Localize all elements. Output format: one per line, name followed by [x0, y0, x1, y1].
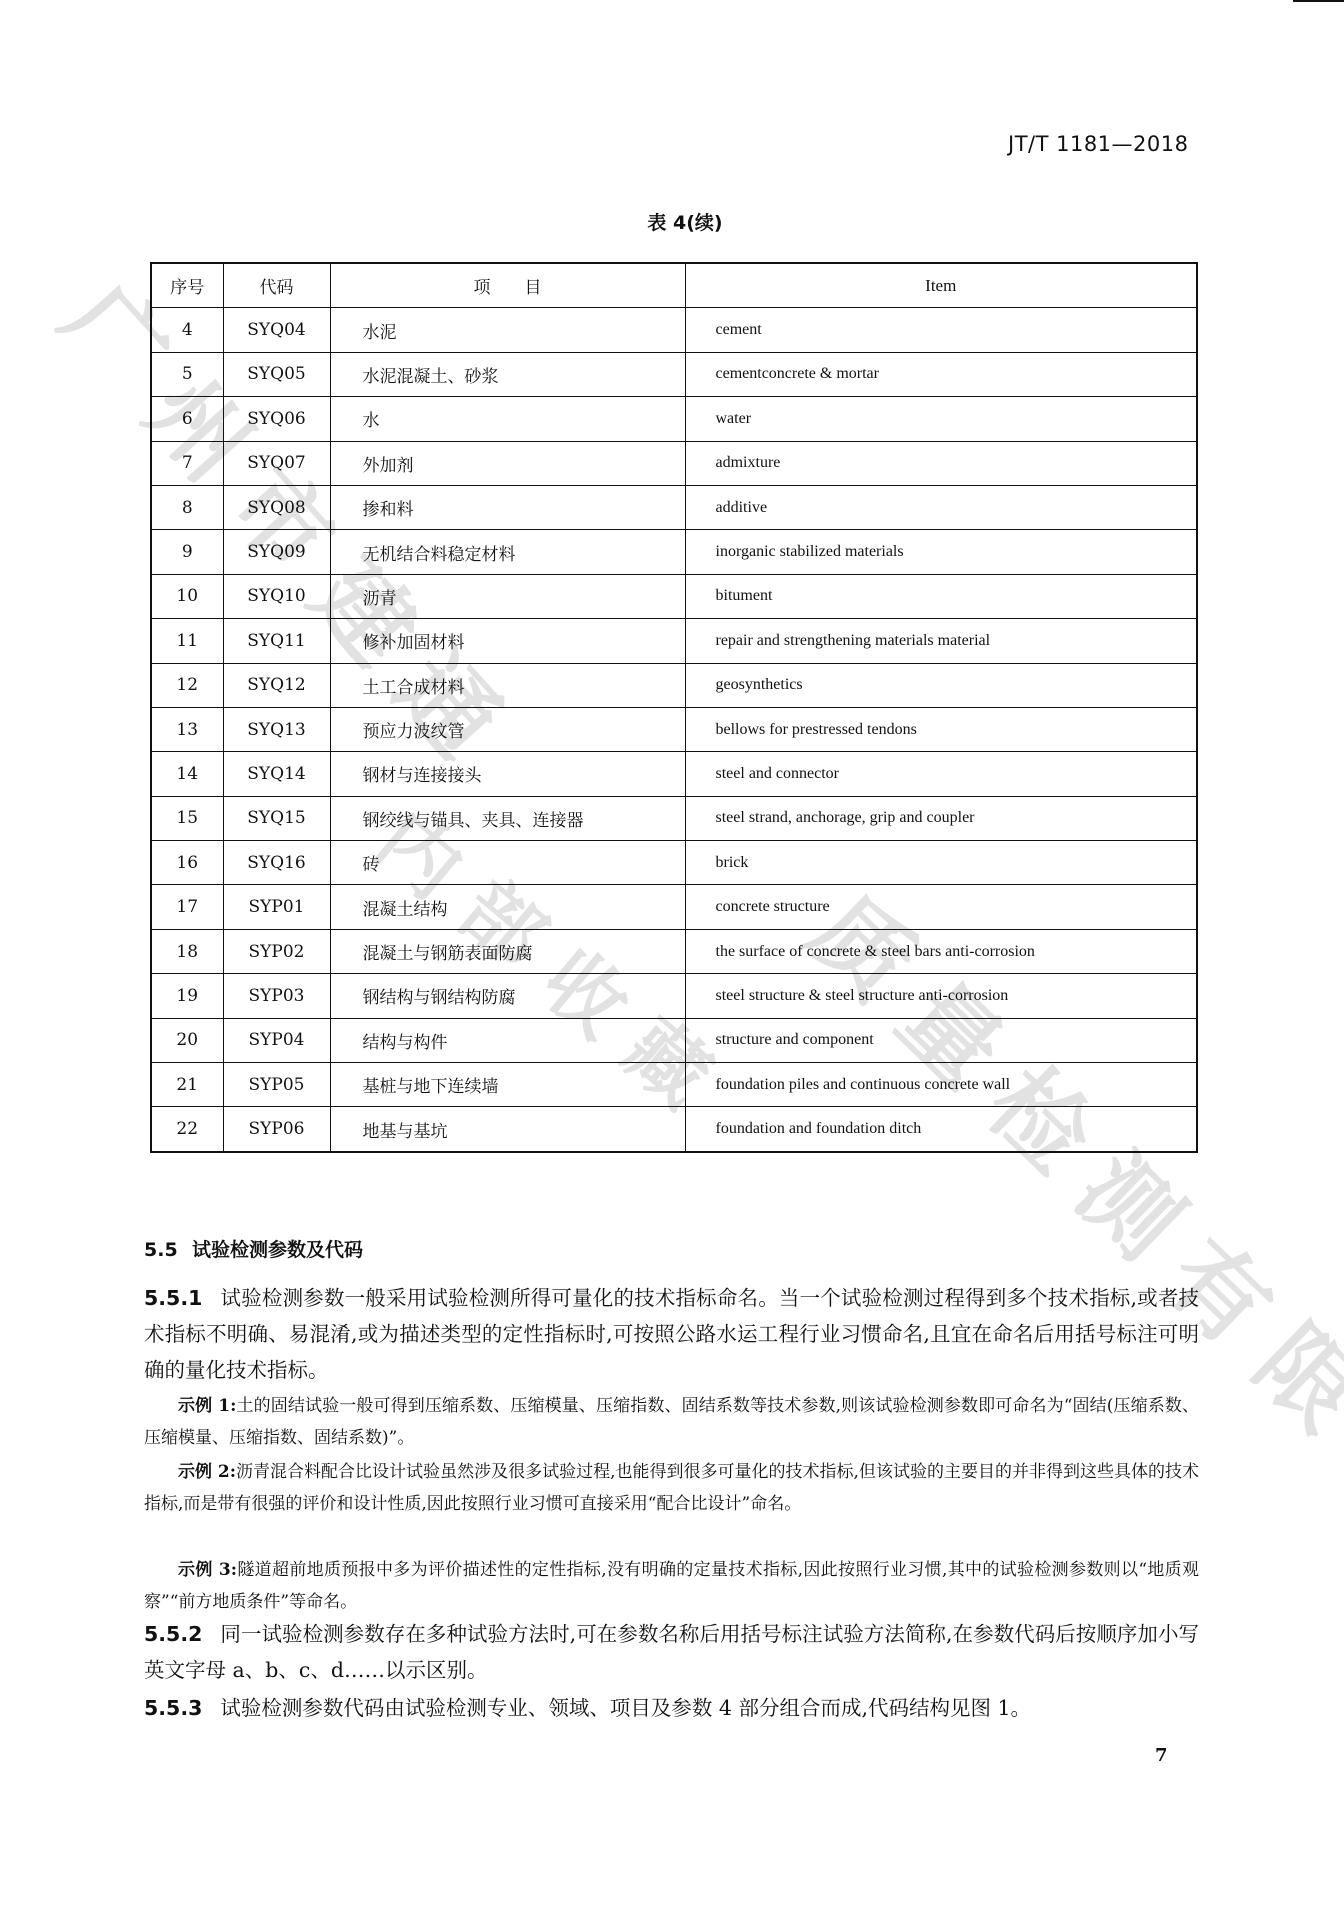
row-code: SYQ04 — [223, 308, 330, 352]
row-number: 16 — [151, 841, 223, 885]
row-number: 17 — [151, 885, 223, 929]
col-header-no: 序号 — [151, 263, 223, 308]
row-item-cn: 水 — [330, 397, 685, 441]
row-item-en: inorganic stabilized materials — [685, 530, 1197, 574]
row-item-cn: 结构与构件 — [330, 1018, 685, 1062]
table-row: 4SYQ04水泥cement — [151, 308, 1197, 352]
table-row: 7SYQ07外加剂admixture — [151, 441, 1197, 485]
col-header-item-en: Item — [685, 263, 1197, 308]
table-caption-suffix: (续) — [686, 208, 722, 235]
table-row: 20SYP04结构与构件structure and component — [151, 1018, 1197, 1062]
table-row: 9SYQ09无机结合料稳定材料inorganic stabilized mate… — [151, 530, 1197, 574]
row-code: SYQ09 — [223, 530, 330, 574]
table-row: 18SYP02混凝土与钢筋表面防腐the surface of concrete… — [151, 929, 1197, 973]
row-code: SYQ14 — [223, 752, 330, 796]
row-code: SYP04 — [223, 1018, 330, 1062]
row-code: SYQ06 — [223, 397, 330, 441]
clause-text: 同一试验检测参数存在多种试验方法时,可在参数名称后用括号标注试验方法简称,在参数… — [144, 1622, 1199, 1682]
table-row: 16SYQ16砖brick — [151, 841, 1197, 885]
section-title: 试验检测参数及代码 — [192, 1239, 363, 1261]
table-row: 5SYQ05水泥混凝土、砂浆cementconcrete & mortar — [151, 352, 1197, 396]
example-text: 隧道超前地质预报中多为评价描述性的定性指标,没有明确的定量技术指标,因此按照行业… — [144, 1560, 1199, 1612]
row-item-cn: 钢材与连接接头 — [330, 752, 685, 796]
row-number: 12 — [151, 663, 223, 707]
corner-mark — [1293, 0, 1344, 2]
row-item-cn: 混凝土与钢筋表面防腐 — [330, 929, 685, 973]
row-code: SYQ08 — [223, 485, 330, 529]
row-item-en: water — [685, 397, 1197, 441]
row-number: 9 — [151, 530, 223, 574]
row-code: SYQ05 — [223, 352, 330, 396]
example-text: 沥青混合料配合比设计试验虽然涉及很多试验过程,也能得到很多可量化的技术指标,但该… — [144, 1462, 1199, 1514]
clause-text: 试验检测参数代码由试验检测专业、领域、项目及参数 4 部分组合而成,代码结构见图… — [220, 1696, 1031, 1720]
items-table: 序号 代码 项 目 Item 4SYQ04水泥cement5SYQ05水泥混凝土… — [150, 262, 1198, 1153]
row-item-en: geosynthetics — [685, 663, 1197, 707]
page-number: 7 — [1155, 1745, 1168, 1766]
example-2: 示例 2:沥青混合料配合比设计试验虽然涉及很多试验过程,也能得到很多可量化的技术… — [144, 1456, 1199, 1520]
row-code: SYQ16 — [223, 841, 330, 885]
row-item-en: admixture — [685, 441, 1197, 485]
table-caption: 表 4(续) — [0, 208, 1344, 235]
row-number: 15 — [151, 796, 223, 840]
row-number: 18 — [151, 929, 223, 973]
row-item-en: cementconcrete & mortar — [685, 352, 1197, 396]
standard-number: JT/T 1181—2018 — [1008, 132, 1189, 156]
row-item-en: steel strand, anchorage, grip and couple… — [685, 796, 1197, 840]
row-item-en: steel structure & steel structure anti-c… — [685, 974, 1197, 1018]
example-label: 示例 1: — [178, 1396, 236, 1416]
col-header-code: 代码 — [223, 263, 330, 308]
row-item-cn: 外加剂 — [330, 441, 685, 485]
table-row: 10SYQ10沥青bitument — [151, 574, 1197, 618]
section-heading: 5.5试验检测参数及代码 — [144, 1235, 363, 1262]
clause-number: 5.5.2 — [144, 1616, 202, 1652]
row-item-cn: 砖 — [330, 841, 685, 885]
row-number: 5 — [151, 352, 223, 396]
row-code: SYQ12 — [223, 663, 330, 707]
row-code: SYP03 — [223, 974, 330, 1018]
row-code: SYQ10 — [223, 574, 330, 618]
table-row: 15SYQ15钢绞线与锚具、夹具、连接器steel strand, anchor… — [151, 796, 1197, 840]
row-number: 6 — [151, 397, 223, 441]
row-item-en: additive — [685, 485, 1197, 529]
example-label: 示例 2: — [178, 1462, 236, 1482]
clause-5-5-2: 5.5.2同一试验检测参数存在多种试验方法时,可在参数名称后用括号标注试验方法简… — [144, 1616, 1199, 1688]
table-row: 11SYQ11修补加固材料repair and strengthening ma… — [151, 619, 1197, 663]
row-code: SYP01 — [223, 885, 330, 929]
clause-text: 试验检测参数一般采用试验检测所得可量化的技术指标命名。当一个试验检测过程得到多个… — [144, 1286, 1199, 1382]
row-number: 14 — [151, 752, 223, 796]
table-row: 8SYQ08掺和料additive — [151, 485, 1197, 529]
table-row: 14SYQ14钢材与连接接头steel and connector — [151, 752, 1197, 796]
row-number: 20 — [151, 1018, 223, 1062]
row-item-cn: 无机结合料稳定材料 — [330, 530, 685, 574]
row-code: SYP02 — [223, 929, 330, 973]
row-number: 11 — [151, 619, 223, 663]
row-item-cn: 地基与基坑 — [330, 1107, 685, 1152]
row-code: SYQ11 — [223, 619, 330, 663]
row-number: 8 — [151, 485, 223, 529]
row-item-cn: 沥青 — [330, 574, 685, 618]
table-row: 6SYQ06水water — [151, 397, 1197, 441]
table-row: 17SYP01混凝土结构concrete structure — [151, 885, 1197, 929]
row-item-cn: 基桩与地下连续墙 — [330, 1063, 685, 1107]
table-row: 22SYP06地基与基坑foundation and foundation di… — [151, 1107, 1197, 1152]
row-code: SYQ15 — [223, 796, 330, 840]
row-number: 13 — [151, 707, 223, 751]
row-item-cn: 水泥 — [330, 308, 685, 352]
table-row: 12SYQ12土工合成材料geosynthetics — [151, 663, 1197, 707]
row-item-en: concrete structure — [685, 885, 1197, 929]
table-caption-main: 表 4 — [647, 208, 686, 235]
row-item-en: steel and connector — [685, 752, 1197, 796]
row-item-cn: 钢绞线与锚具、夹具、连接器 — [330, 796, 685, 840]
table-row: 13SYQ13预应力波纹管bellows for prestressed ten… — [151, 707, 1197, 751]
row-item-cn: 掺和料 — [330, 485, 685, 529]
row-number: 10 — [151, 574, 223, 618]
row-item-en: brick — [685, 841, 1197, 885]
row-item-cn: 修补加固材料 — [330, 619, 685, 663]
clause-5-5-1: 5.5.1试验检测参数一般采用试验检测所得可量化的技术指标命名。当一个试验检测过… — [144, 1280, 1199, 1388]
example-text: 土的固结试验一般可得到压缩系数、压缩模量、压缩指数、固结系数等技术参数,则该试验… — [144, 1396, 1199, 1448]
row-code: SYQ13 — [223, 707, 330, 751]
row-item-en: foundation piles and continuous concrete… — [685, 1063, 1197, 1107]
table-row: 21SYP05基桩与地下连续墙foundation piles and cont… — [151, 1063, 1197, 1107]
table-header-row: 序号 代码 项 目 Item — [151, 263, 1197, 308]
row-item-cn: 混凝土结构 — [330, 885, 685, 929]
example-3: 示例 3:隧道超前地质预报中多为评价描述性的定性指标,没有明确的定量技术指标,因… — [144, 1554, 1199, 1618]
row-item-en: structure and component — [685, 1018, 1197, 1062]
row-code: SYP06 — [223, 1107, 330, 1152]
table-row: 19SYP03钢结构与钢结构防腐steel structure & steel … — [151, 974, 1197, 1018]
row-item-en: the surface of concrete & steel bars ant… — [685, 929, 1197, 973]
row-item-en: repair and strengthening materials mater… — [685, 619, 1197, 663]
clause-number: 5.5.1 — [144, 1280, 202, 1316]
row-item-cn: 钢结构与钢结构防腐 — [330, 974, 685, 1018]
col-header-item-cn: 项 目 — [330, 263, 685, 308]
row-code: SYP05 — [223, 1063, 330, 1107]
row-number: 21 — [151, 1063, 223, 1107]
row-item-en: bellows for prestressed tendons — [685, 707, 1197, 751]
example-1: 示例 1:土的固结试验一般可得到压缩系数、压缩模量、压缩指数、固结系数等技术参数… — [144, 1390, 1199, 1454]
example-label: 示例 3: — [178, 1560, 237, 1580]
row-code: SYQ07 — [223, 441, 330, 485]
row-item-cn: 水泥混凝土、砂浆 — [330, 352, 685, 396]
clause-5-5-3: 5.5.3试验检测参数代码由试验检测专业、领域、项目及参数 4 部分组合而成,代… — [144, 1690, 1199, 1726]
row-item-cn: 土工合成材料 — [330, 663, 685, 707]
row-number: 4 — [151, 308, 223, 352]
row-item-en: foundation and foundation ditch — [685, 1107, 1197, 1152]
clause-number: 5.5.3 — [144, 1690, 202, 1726]
row-item-en: bitument — [685, 574, 1197, 618]
row-number: 19 — [151, 974, 223, 1018]
row-number: 7 — [151, 441, 223, 485]
row-number: 22 — [151, 1107, 223, 1152]
section-number: 5.5 — [144, 1239, 192, 1261]
row-item-cn: 预应力波纹管 — [330, 707, 685, 751]
row-item-en: cement — [685, 308, 1197, 352]
